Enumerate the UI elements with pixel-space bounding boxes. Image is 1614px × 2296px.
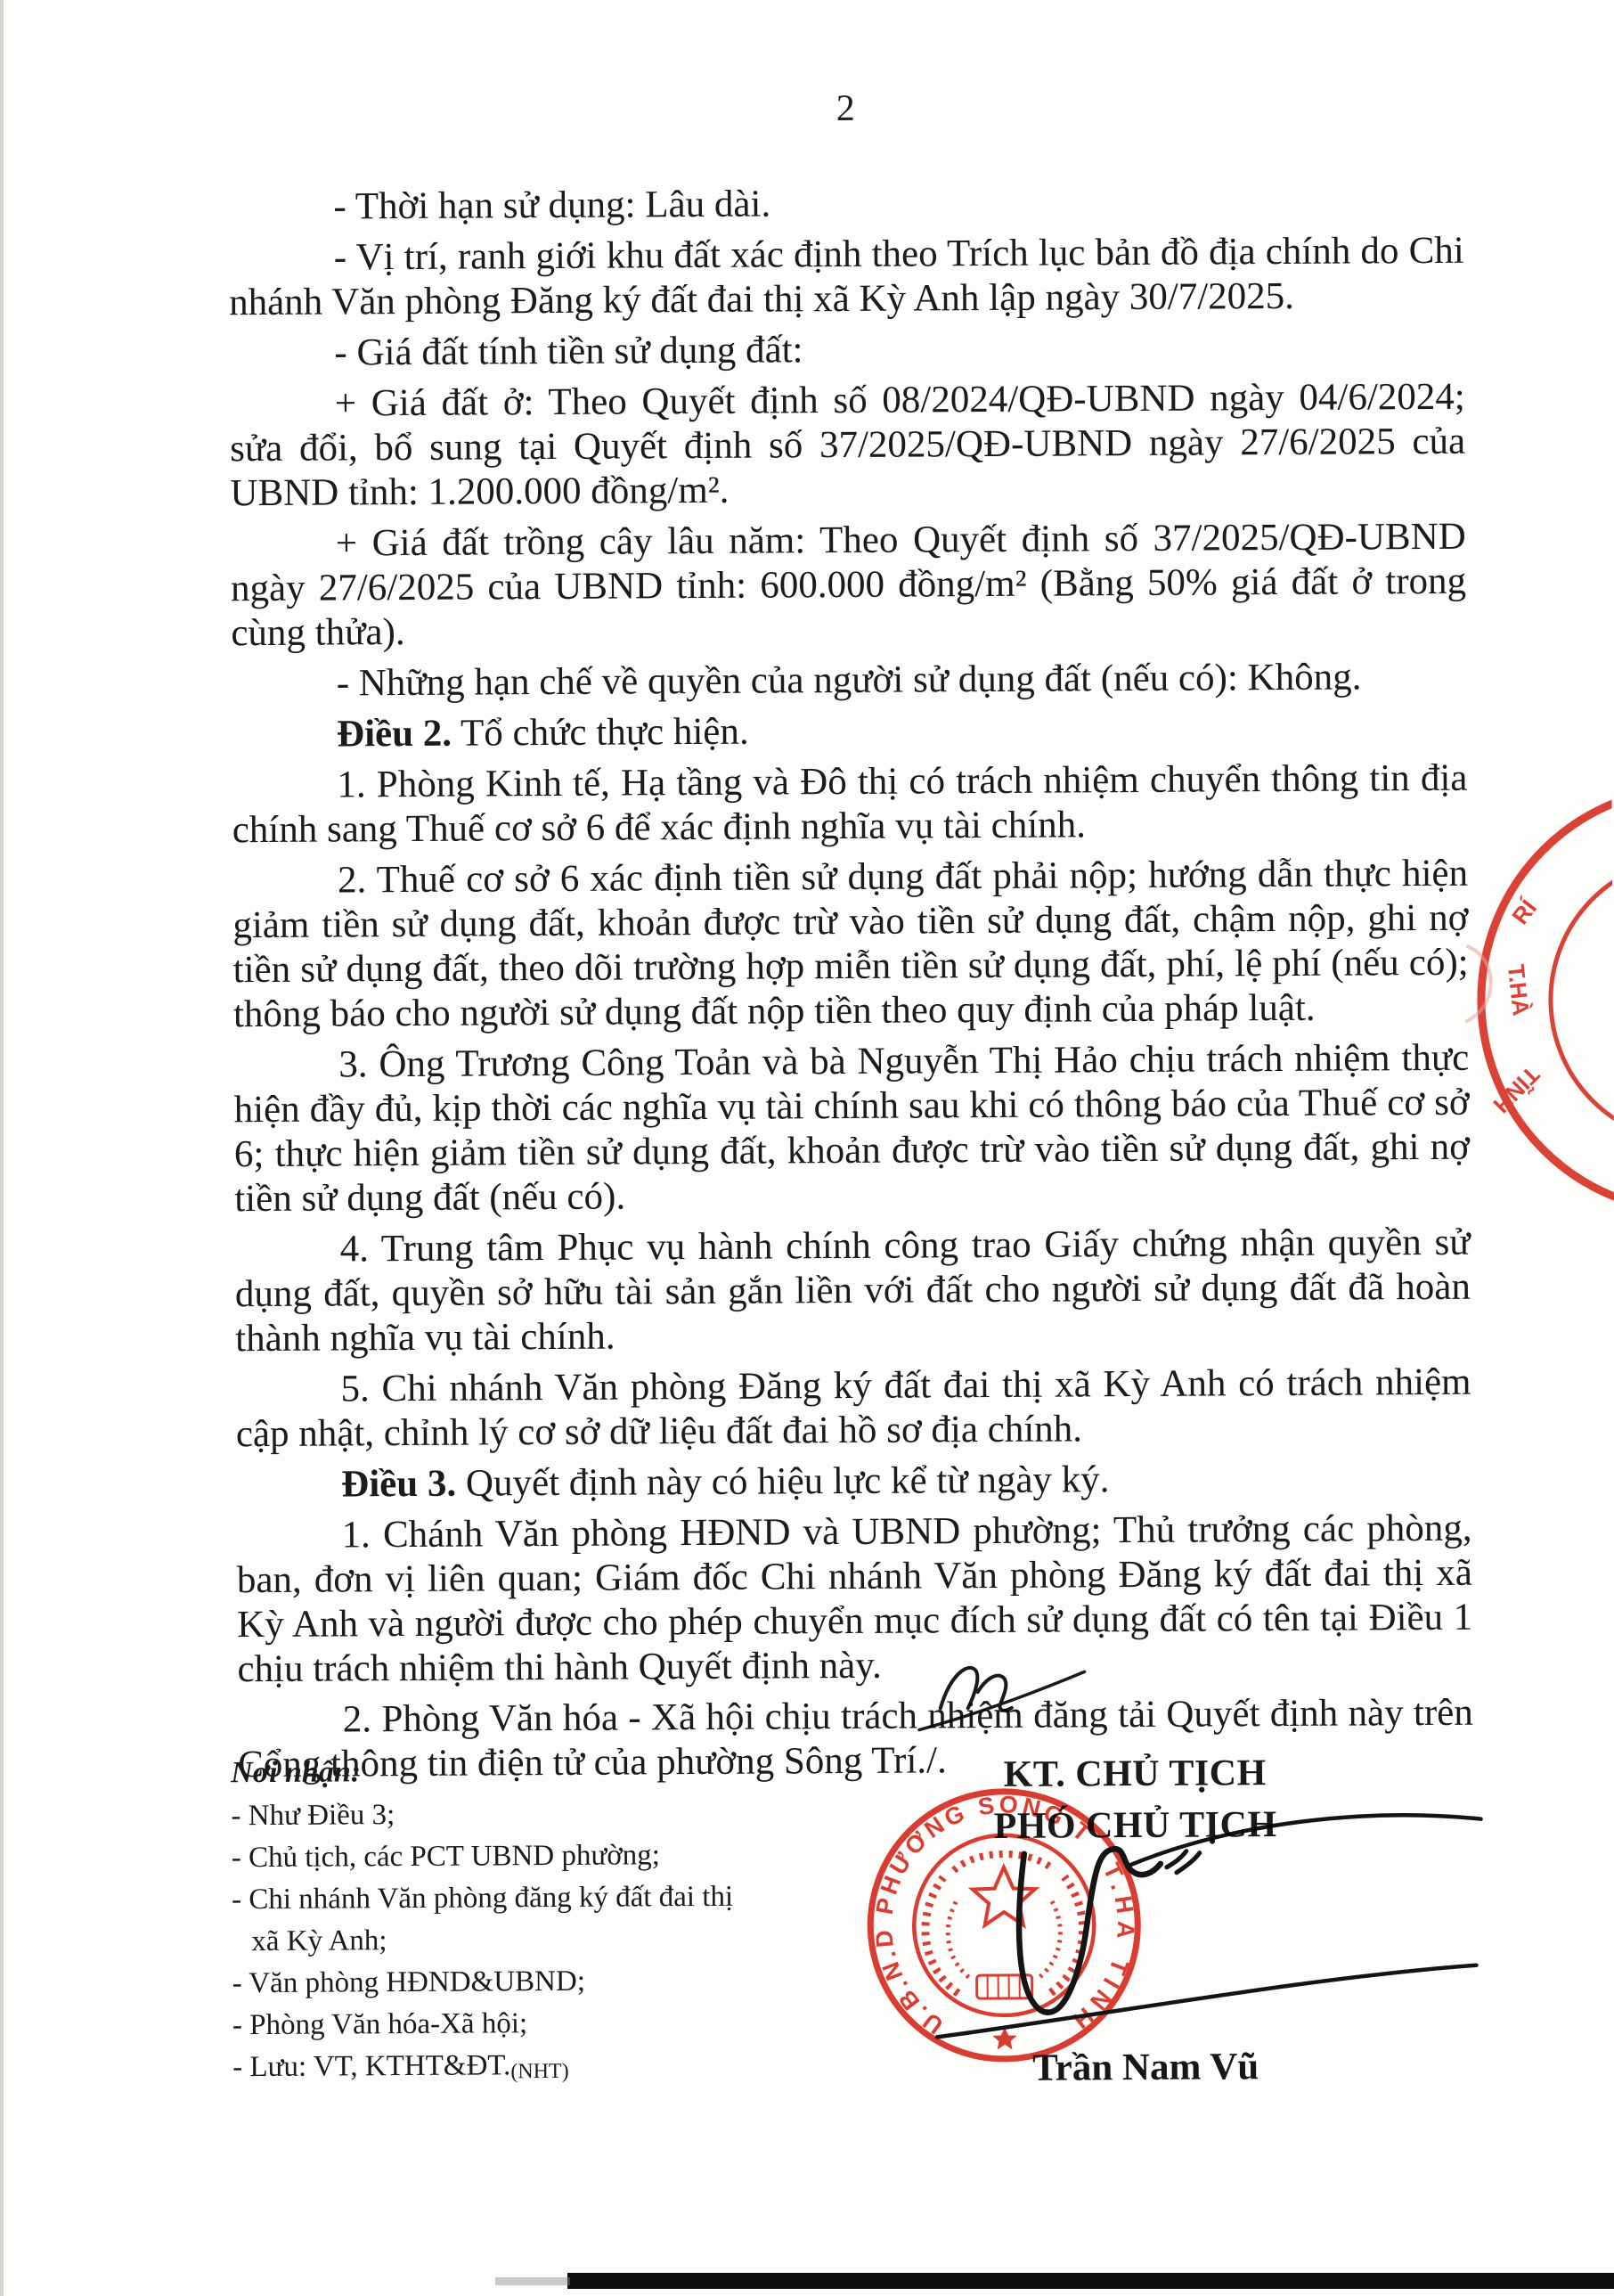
page-number: 2 bbox=[228, 84, 1463, 134]
archive-label: - Lưu: VT, KTHT&ĐT. bbox=[232, 2049, 510, 2083]
edge-stamp-letters: RÍ bbox=[1506, 894, 1542, 929]
edge-stamp-letters: TĨNH bbox=[1488, 1061, 1545, 1118]
stamp-inner-ring bbox=[914, 1834, 1095, 2015]
body-paragraph-article-2: Điều 2. Tổ chức thực hiện. bbox=[232, 706, 1467, 757]
body-paragraph: 2. Thuế cơ sở 6 xác định tiền sử dụng đấ… bbox=[232, 852, 1469, 1037]
body-paragraph: 1. Phòng Kinh tế, Hạ tầng và Đô thị có t… bbox=[232, 756, 1468, 853]
recipient-item-archive: - Lưu: VT, KTHT&ĐT.(NHT) bbox=[232, 2044, 749, 2092]
signer-name: Trần Nam Vũ bbox=[914, 2044, 1377, 2090]
recipient-item: - Như Điều 3; bbox=[231, 1793, 747, 1838]
article-3-heading: Điều 3. bbox=[341, 1463, 456, 1506]
recipient-item: - Văn phòng HĐND&UBND; bbox=[232, 1960, 749, 2006]
archive-initials: (NHT) bbox=[510, 2060, 568, 2083]
partial-edge-stamp: RÍ T.HÀ TĨNH bbox=[1463, 787, 1614, 1213]
national-emblem-icon bbox=[925, 1853, 1083, 1998]
article-3-text: Quyết định này có hiệu lực kể từ ngày ký… bbox=[456, 1458, 1110, 1504]
recipient-item: - Phòng Văn hóa-Xã hội; bbox=[232, 2002, 749, 2047]
scan-artifact-bar bbox=[567, 2273, 1614, 2289]
document-body: - Thời hạn sử dụng: Lâu dài. - Vị trí, r… bbox=[228, 178, 1473, 1793]
body-paragraph: - Giá đất tính tiền sử dụng đất: bbox=[229, 324, 1464, 376]
deputy-chairman-label: PHÓ CHỦ TỊCH bbox=[912, 1799, 1357, 1853]
edge-stamp-inner-ring bbox=[1550, 856, 1614, 1143]
recipients-heading: Nơi nhận: bbox=[231, 1749, 747, 1794]
recipient-item: - Chi nhánh Văn phòng đăng ký đất đai th… bbox=[232, 1876, 749, 1964]
scan-artifact-bar-fade bbox=[495, 2277, 570, 2285]
body-paragraph: 4. Trung tâm Phục vụ hành chính công tra… bbox=[234, 1221, 1471, 1361]
body-paragraph: - Những hạn chế về quyền của người sử dụ… bbox=[232, 655, 1467, 707]
stamp-ring-text-secondary: T.HÀ TĨNH bbox=[1062, 1859, 1141, 2038]
signature-title-block: KT. CHỦ TỊCH PHÓ CHỦ TỊCH bbox=[912, 1747, 1358, 1853]
recipients-block: Nơi nhận: - Như Điều 3; - Chủ tịch, các … bbox=[231, 1749, 749, 2092]
body-paragraph: - Thời hạn sử dụng: Lâu dài. bbox=[228, 178, 1463, 230]
article-2-heading: Điều 2. bbox=[337, 713, 452, 756]
scan-edge-artifact bbox=[0, 0, 4, 2296]
body-paragraph: 5. Chi nhánh Văn phòng Đăng ký đất đai t… bbox=[235, 1360, 1471, 1457]
edge-stamp-outer-ring bbox=[1479, 787, 1614, 1213]
edge-stamp-letters: T.HÀ bbox=[1503, 963, 1535, 1017]
body-paragraph-article-3: Điều 3. Quyết định này có hiệu lực kể từ… bbox=[236, 1456, 1471, 1508]
page-content: 2 - Thời hạn sử dụng: Lâu dài. - Vị trí,… bbox=[0, 0, 1614, 2296]
body-paragraph: + Giá đất trồng cây lâu năm: Theo Quyết … bbox=[231, 515, 1467, 656]
article-2-text: Tổ chức thực hiện. bbox=[452, 711, 749, 755]
recipient-item: - Chủ tịch, các PCT UBND phường; bbox=[232, 1834, 748, 1880]
body-paragraph: - Vị trí, ranh giới khu đất xác định the… bbox=[229, 229, 1465, 325]
acting-chairman-label: KT. CHỦ TỊCH bbox=[912, 1747, 1357, 1802]
body-paragraph: + Giá đất ở: Theo Quyết định số 08/2024/… bbox=[230, 375, 1466, 516]
svg-text:T.HÀ TĨNH: T.HÀ TĨNH bbox=[1062, 1859, 1141, 2038]
body-paragraph: 1. Chánh Văn phòng HĐND và UBND phường; … bbox=[236, 1507, 1472, 1692]
body-paragraph: 3. Ông Trương Công Toản và bà Nguyễn Thị… bbox=[233, 1036, 1470, 1222]
scanned-document-page: 2 - Thời hạn sử dụng: Lâu dài. - Vị trí,… bbox=[0, 0, 1614, 2296]
